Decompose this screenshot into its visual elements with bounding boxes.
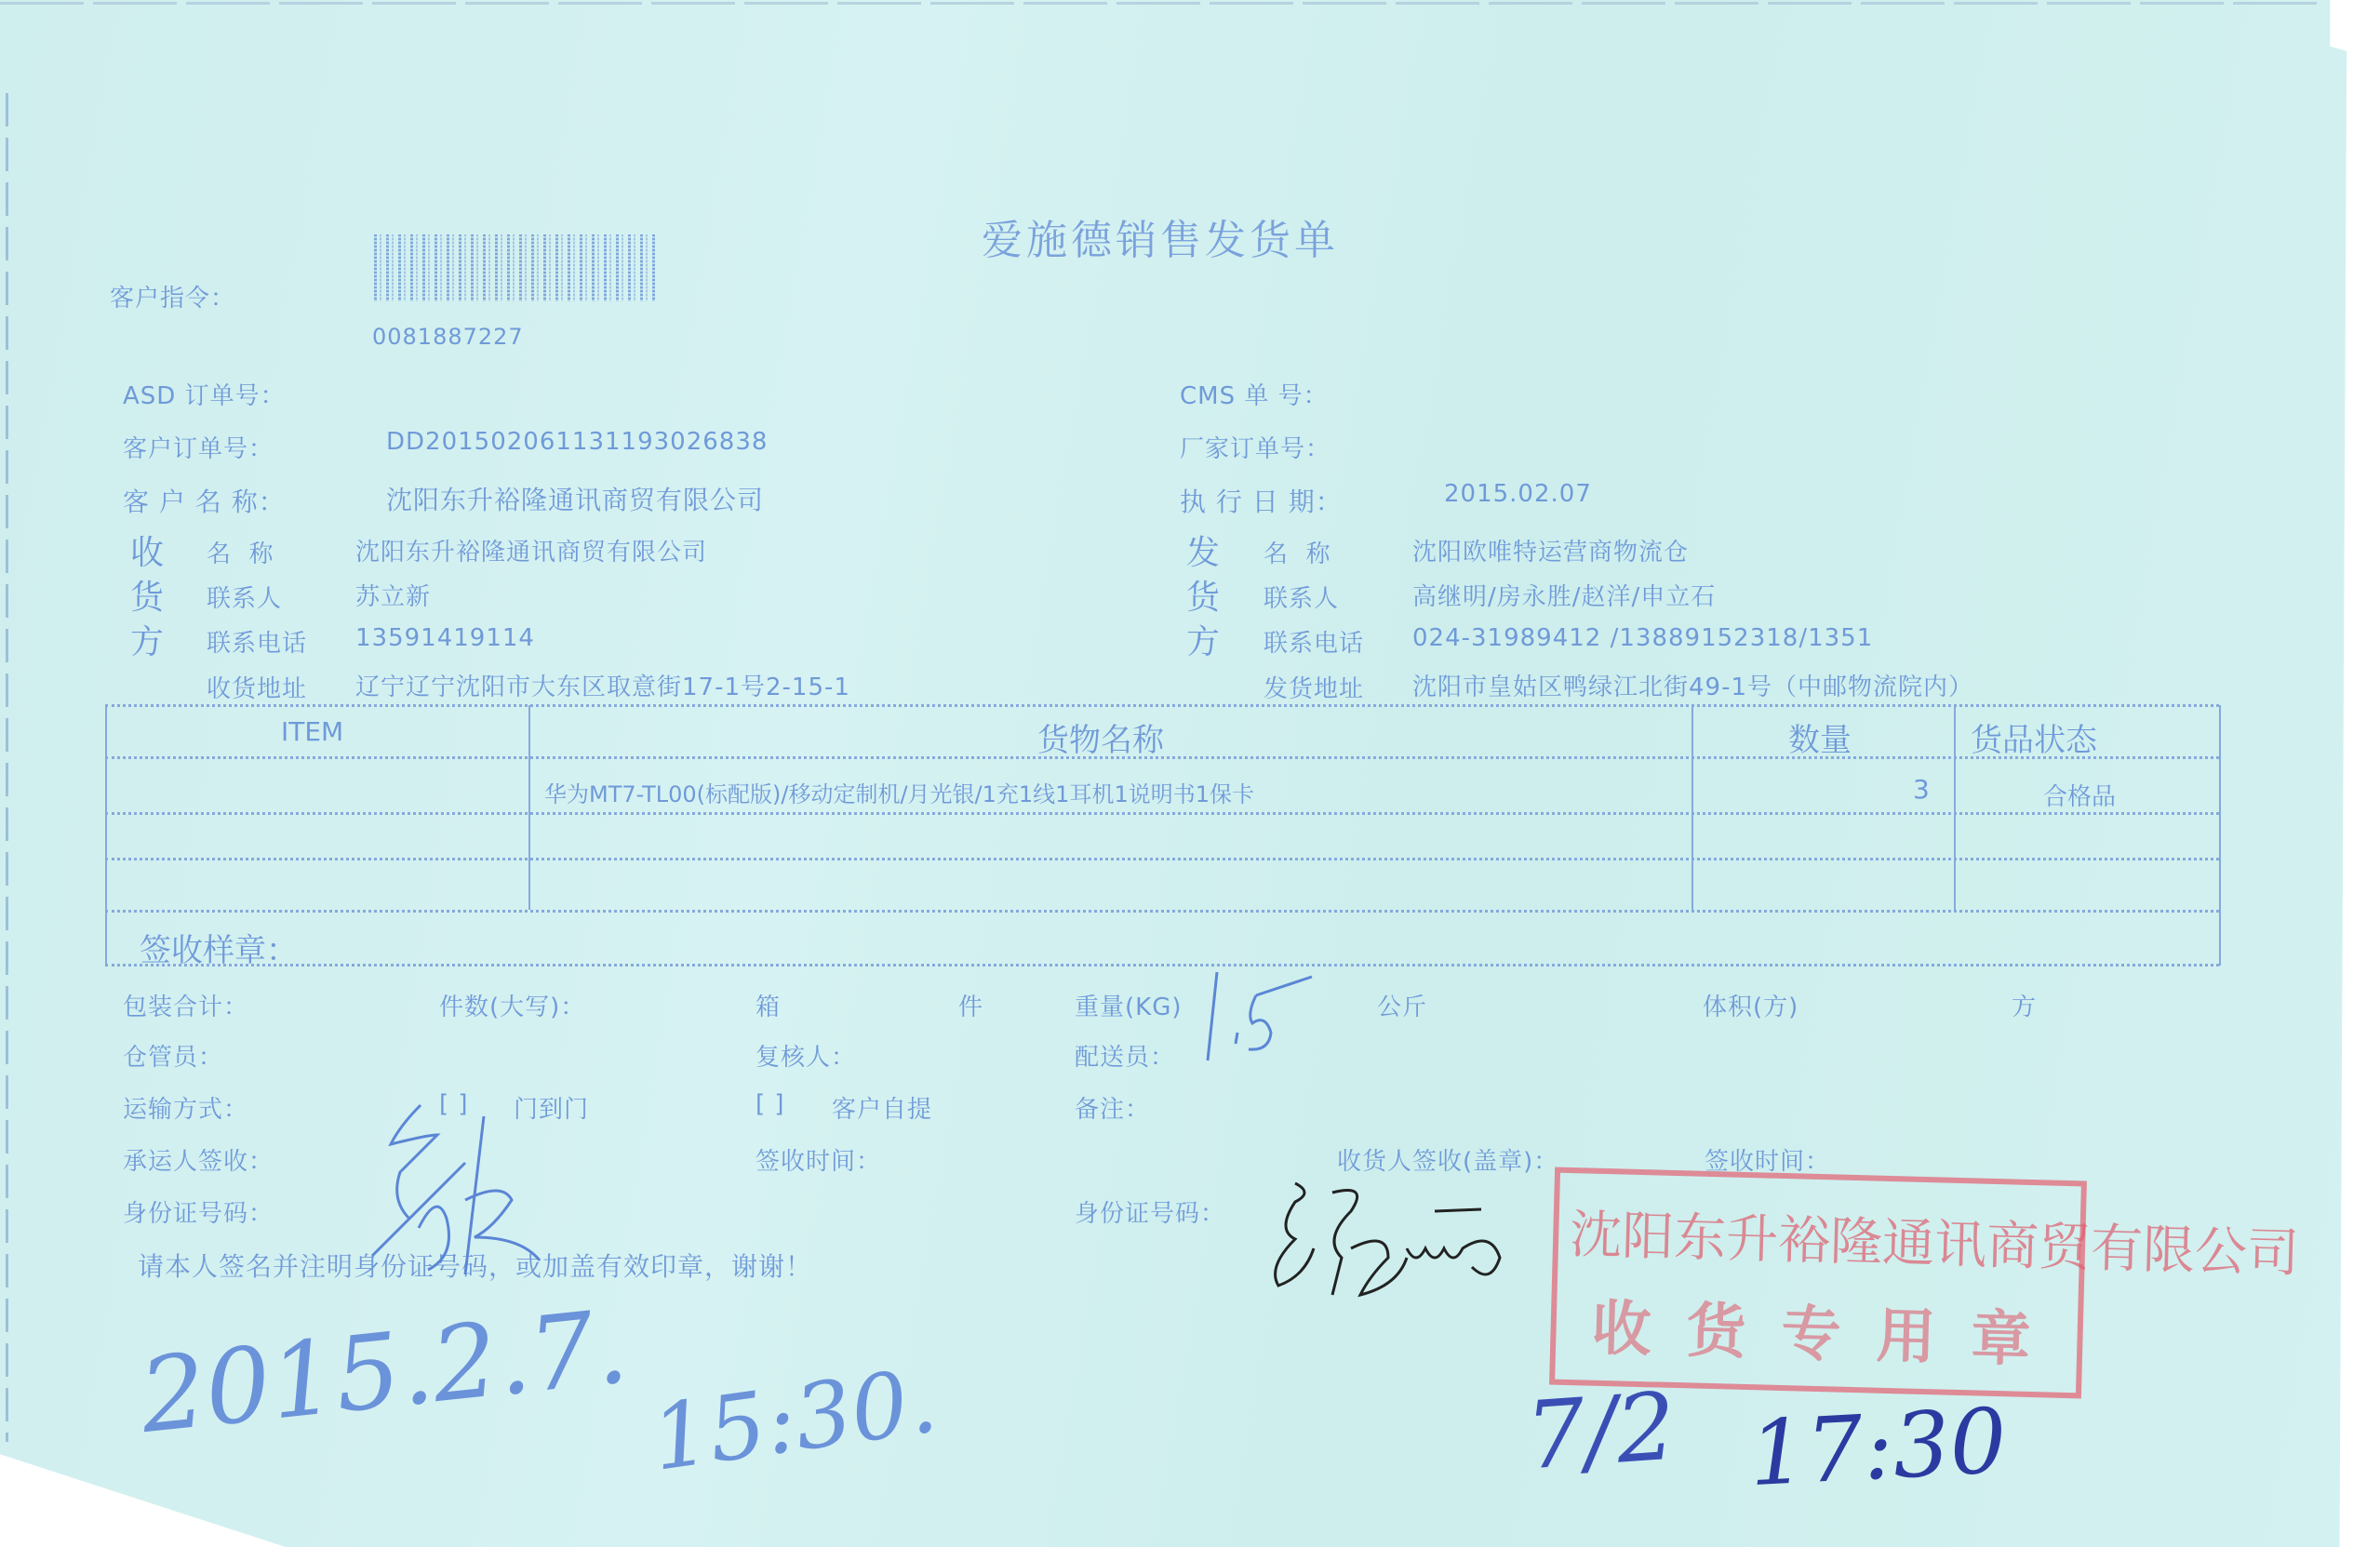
header-quantity: 数量 — [1788, 714, 1852, 760]
receiver-side-char-2: 货 — [130, 571, 165, 619]
sender-contact-label: 联系人 — [1264, 580, 1339, 614]
transport-method-label: 运输方式： — [123, 1090, 248, 1125]
cms-number-label: CMS 单 号： — [1180, 377, 1329, 411]
barcode-icon — [374, 234, 655, 301]
remarks-label: 备注： — [1075, 1090, 1150, 1125]
receiver-contact-value: 苏立新 — [355, 578, 431, 612]
delivery-slip-paper: 爱施德销售发货单 客户指令： 0081887227 ASD 订单号： 客户订单号… — [0, 0, 2380, 1547]
carrier-sign-label: 承运人签收： — [123, 1142, 274, 1177]
handwritten-carrier-date: 2015.2.7. — [135, 1287, 633, 1456]
header-goods-status: 货品状态 — [1971, 714, 2097, 760]
stamp-company-name: 沈阳东升裕隆通讯商贸有限公司 — [1569, 1194, 2300, 1287]
volume-label: 体积(方) — [1703, 988, 1798, 1022]
sender-phone-value: 024-31989412 /13889152318/1351 — [1412, 624, 1873, 652]
right-perforation — [2356, 54, 2359, 1449]
self-pickup-label: 客户自提 — [832, 1090, 932, 1125]
weight-unit: 公斤 — [1377, 988, 1427, 1022]
col-divider-2 — [1691, 705, 1693, 910]
sender-side-char-3: 方 — [1186, 616, 1221, 663]
sender-side-char-1: 发 — [1186, 527, 1221, 574]
self-pickup-checkbox[interactable]: [ ] — [755, 1090, 785, 1118]
sender-contact-value: 高继明/房永胜/赵洋/申立石 — [1412, 578, 1716, 612]
exec-date-label: 执 行 日 期： — [1180, 482, 1343, 519]
volume-unit: 方 — [2012, 988, 2037, 1022]
handwritten-carrier-time: 15:30. — [646, 1348, 943, 1491]
handwritten-consignee-date: 7/2 — [1522, 1372, 1679, 1491]
reviewer-label: 复核人： — [755, 1038, 856, 1073]
sender-name-label: 名 称 — [1264, 535, 1331, 569]
handwritten-consignee-time: 17:30 — [1746, 1389, 2009, 1506]
factory-order-label: 厂家订单号： — [1180, 430, 1330, 464]
asd-order-label: ASD 订单号： — [123, 377, 286, 411]
col-divider-3 — [1954, 705, 1956, 910]
sender-name-value: 沈阳欧唯特运营商物流仓 — [1412, 533, 1689, 567]
customer-name-label: 客 户 名 称： — [123, 482, 286, 519]
customer-order-value: DD201502061131193026838 — [386, 428, 768, 456]
receiver-address-label: 收货地址 — [207, 670, 307, 704]
row1-status: 合格品 — [2043, 778, 2116, 812]
table-row1-rule — [105, 812, 2219, 815]
customer-instruction-label: 客户指令： — [110, 279, 235, 313]
warehouse-keeper-label: 仓管员： — [123, 1038, 223, 1073]
table-row2-rule — [105, 858, 2219, 860]
customer-name-value: 沈阳东升裕隆通讯商贸有限公司 — [386, 480, 764, 517]
col-divider-1 — [528, 705, 530, 910]
sender-phone-label: 联系电话 — [1264, 624, 1364, 659]
receiver-side-char-1: 收 — [130, 527, 165, 574]
sender-address-label: 发货地址 — [1264, 670, 1364, 704]
consignee-signature — [1267, 1174, 1528, 1304]
receiver-name-value: 沈阳东升裕隆通讯商贸有限公司 — [355, 533, 707, 567]
carrier-id-number-label: 身份证号码： — [123, 1194, 274, 1229]
customer-order-label: 客户订单号： — [123, 430, 274, 464]
sender-address-value: 沈阳市皇姑区鸭绿江北街49-1号（中邮物流院内） — [1412, 668, 1973, 702]
handwritten-weight — [1200, 958, 1340, 1070]
sign-sample-label: 签收样章： — [140, 925, 298, 970]
table-top-rule — [105, 704, 2219, 707]
receiver-phone-label: 联系电话 — [207, 624, 307, 659]
receiver-name-label: 名 称 — [207, 535, 274, 569]
box-label: 箱 — [755, 988, 781, 1022]
row1-quantity: 3 — [1913, 774, 1930, 805]
table-bottom-rule — [105, 964, 2219, 967]
document-title: 爱施德销售发货单 — [982, 207, 1339, 266]
row1-goods-name: 华为MT7-TL00(标配版)/移动定制机/月光银/1充1线1耳机1说明书1保卡 — [544, 776, 1254, 808]
stamp-purpose: 收货专用章 — [1591, 1281, 2067, 1379]
top-perforation — [0, 2, 2326, 5]
barcode-number: 0081887227 — [372, 324, 524, 350]
weight-label: 重量(KG) — [1075, 988, 1183, 1022]
left-perforation — [6, 93, 8, 1442]
package-total-label: 包装合计： — [123, 988, 248, 1022]
receiving-stamp: 沈阳东升裕隆通讯商贸有限公司 收货专用章 — [1549, 1167, 2087, 1399]
table-row3-rule — [105, 910, 2219, 913]
piece-label: 件 — [958, 988, 983, 1022]
header-item: ITEM — [281, 716, 343, 747]
sender-side-char-2: 货 — [1186, 571, 1221, 619]
receiver-phone-value: 13591419114 — [355, 624, 535, 652]
carrier-signature — [363, 1098, 568, 1274]
consignee-sign-label: 收货人签收(盖章)： — [1337, 1142, 1558, 1177]
header-goods-name: 货物名称 — [1037, 714, 1164, 760]
exec-date-value: 2015.02.07 — [1444, 480, 1592, 508]
receiver-contact-label: 联系人 — [207, 580, 282, 614]
consignee-id-number-label: 身份证号码： — [1075, 1194, 1225, 1229]
deliverer-label: 配送员： — [1075, 1038, 1175, 1073]
pieces-label: 件数(大写)： — [439, 988, 585, 1022]
receiver-side-char-3: 方 — [130, 616, 165, 663]
carrier-sign-time-label: 签收时间： — [755, 1142, 881, 1177]
receiver-address-value: 辽宁辽宁沈阳市大东区取意街17-1号2-15-1 — [355, 668, 850, 702]
